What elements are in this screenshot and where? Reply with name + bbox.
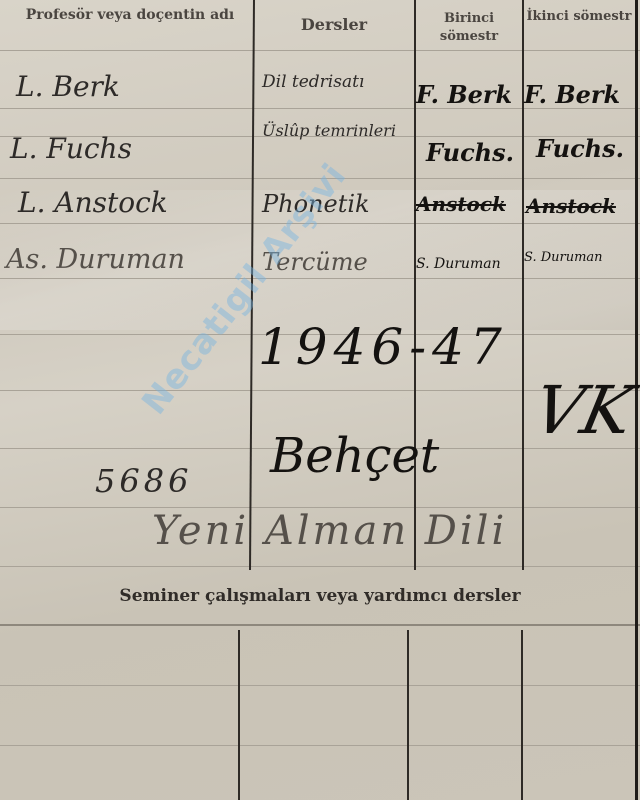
column-divider	[249, 0, 255, 570]
professor-name: As. Duruman	[6, 244, 185, 275]
course-name: Dil tedrisatı	[262, 74, 412, 91]
section-title: Seminer çalışmaları veya yardımcı dersle…	[0, 586, 640, 606]
department-name: Yeni Alman Dili	[152, 508, 507, 554]
column-divider	[407, 630, 409, 800]
header-first-semester: Birinci sömestr	[418, 10, 520, 46]
first-semester-signature: S. Duruman	[416, 256, 501, 272]
header-second-semester: İkinci sömestr	[526, 8, 632, 26]
first-semester-signature: F. Berk	[416, 80, 512, 109]
rule-line	[0, 566, 640, 567]
second-semester-signature: Anstock	[526, 194, 616, 218]
student-number: 5686	[95, 462, 192, 500]
page-edge	[635, 0, 638, 800]
column-divider	[238, 630, 240, 800]
second-semester-signature: Fuchs.	[536, 134, 624, 163]
rule-line	[0, 278, 640, 279]
student-name: Behçet	[270, 428, 439, 484]
initials-signature: VK	[527, 372, 640, 449]
rule-line	[0, 178, 640, 179]
first-semester-signature: Fuchs.	[426, 138, 514, 167]
course-name: Phonetik	[262, 190, 370, 218]
rule-line	[0, 745, 640, 746]
professor-name: L. Anstock	[18, 186, 168, 219]
first-semester-signature: Anstock	[416, 192, 506, 216]
second-semester-signature: S. Duruman	[524, 250, 603, 265]
course-name: Üslûp temrinleri	[262, 122, 412, 139]
professor-name: L. Berk	[16, 70, 120, 103]
academic-year: 1946-47	[258, 318, 508, 376]
header-professor: Profesör veya doçentin adı	[10, 6, 250, 24]
section-rule	[0, 624, 640, 626]
header-courses: Dersler	[255, 16, 413, 34]
second-semester-signature: F. Berk	[524, 80, 620, 109]
rule-line	[0, 223, 640, 224]
professor-name: L. Fuchs	[10, 132, 132, 165]
course-name: Tercüme	[262, 248, 368, 276]
rule-line	[0, 50, 640, 51]
rule-line	[0, 685, 640, 686]
column-divider	[521, 630, 523, 800]
